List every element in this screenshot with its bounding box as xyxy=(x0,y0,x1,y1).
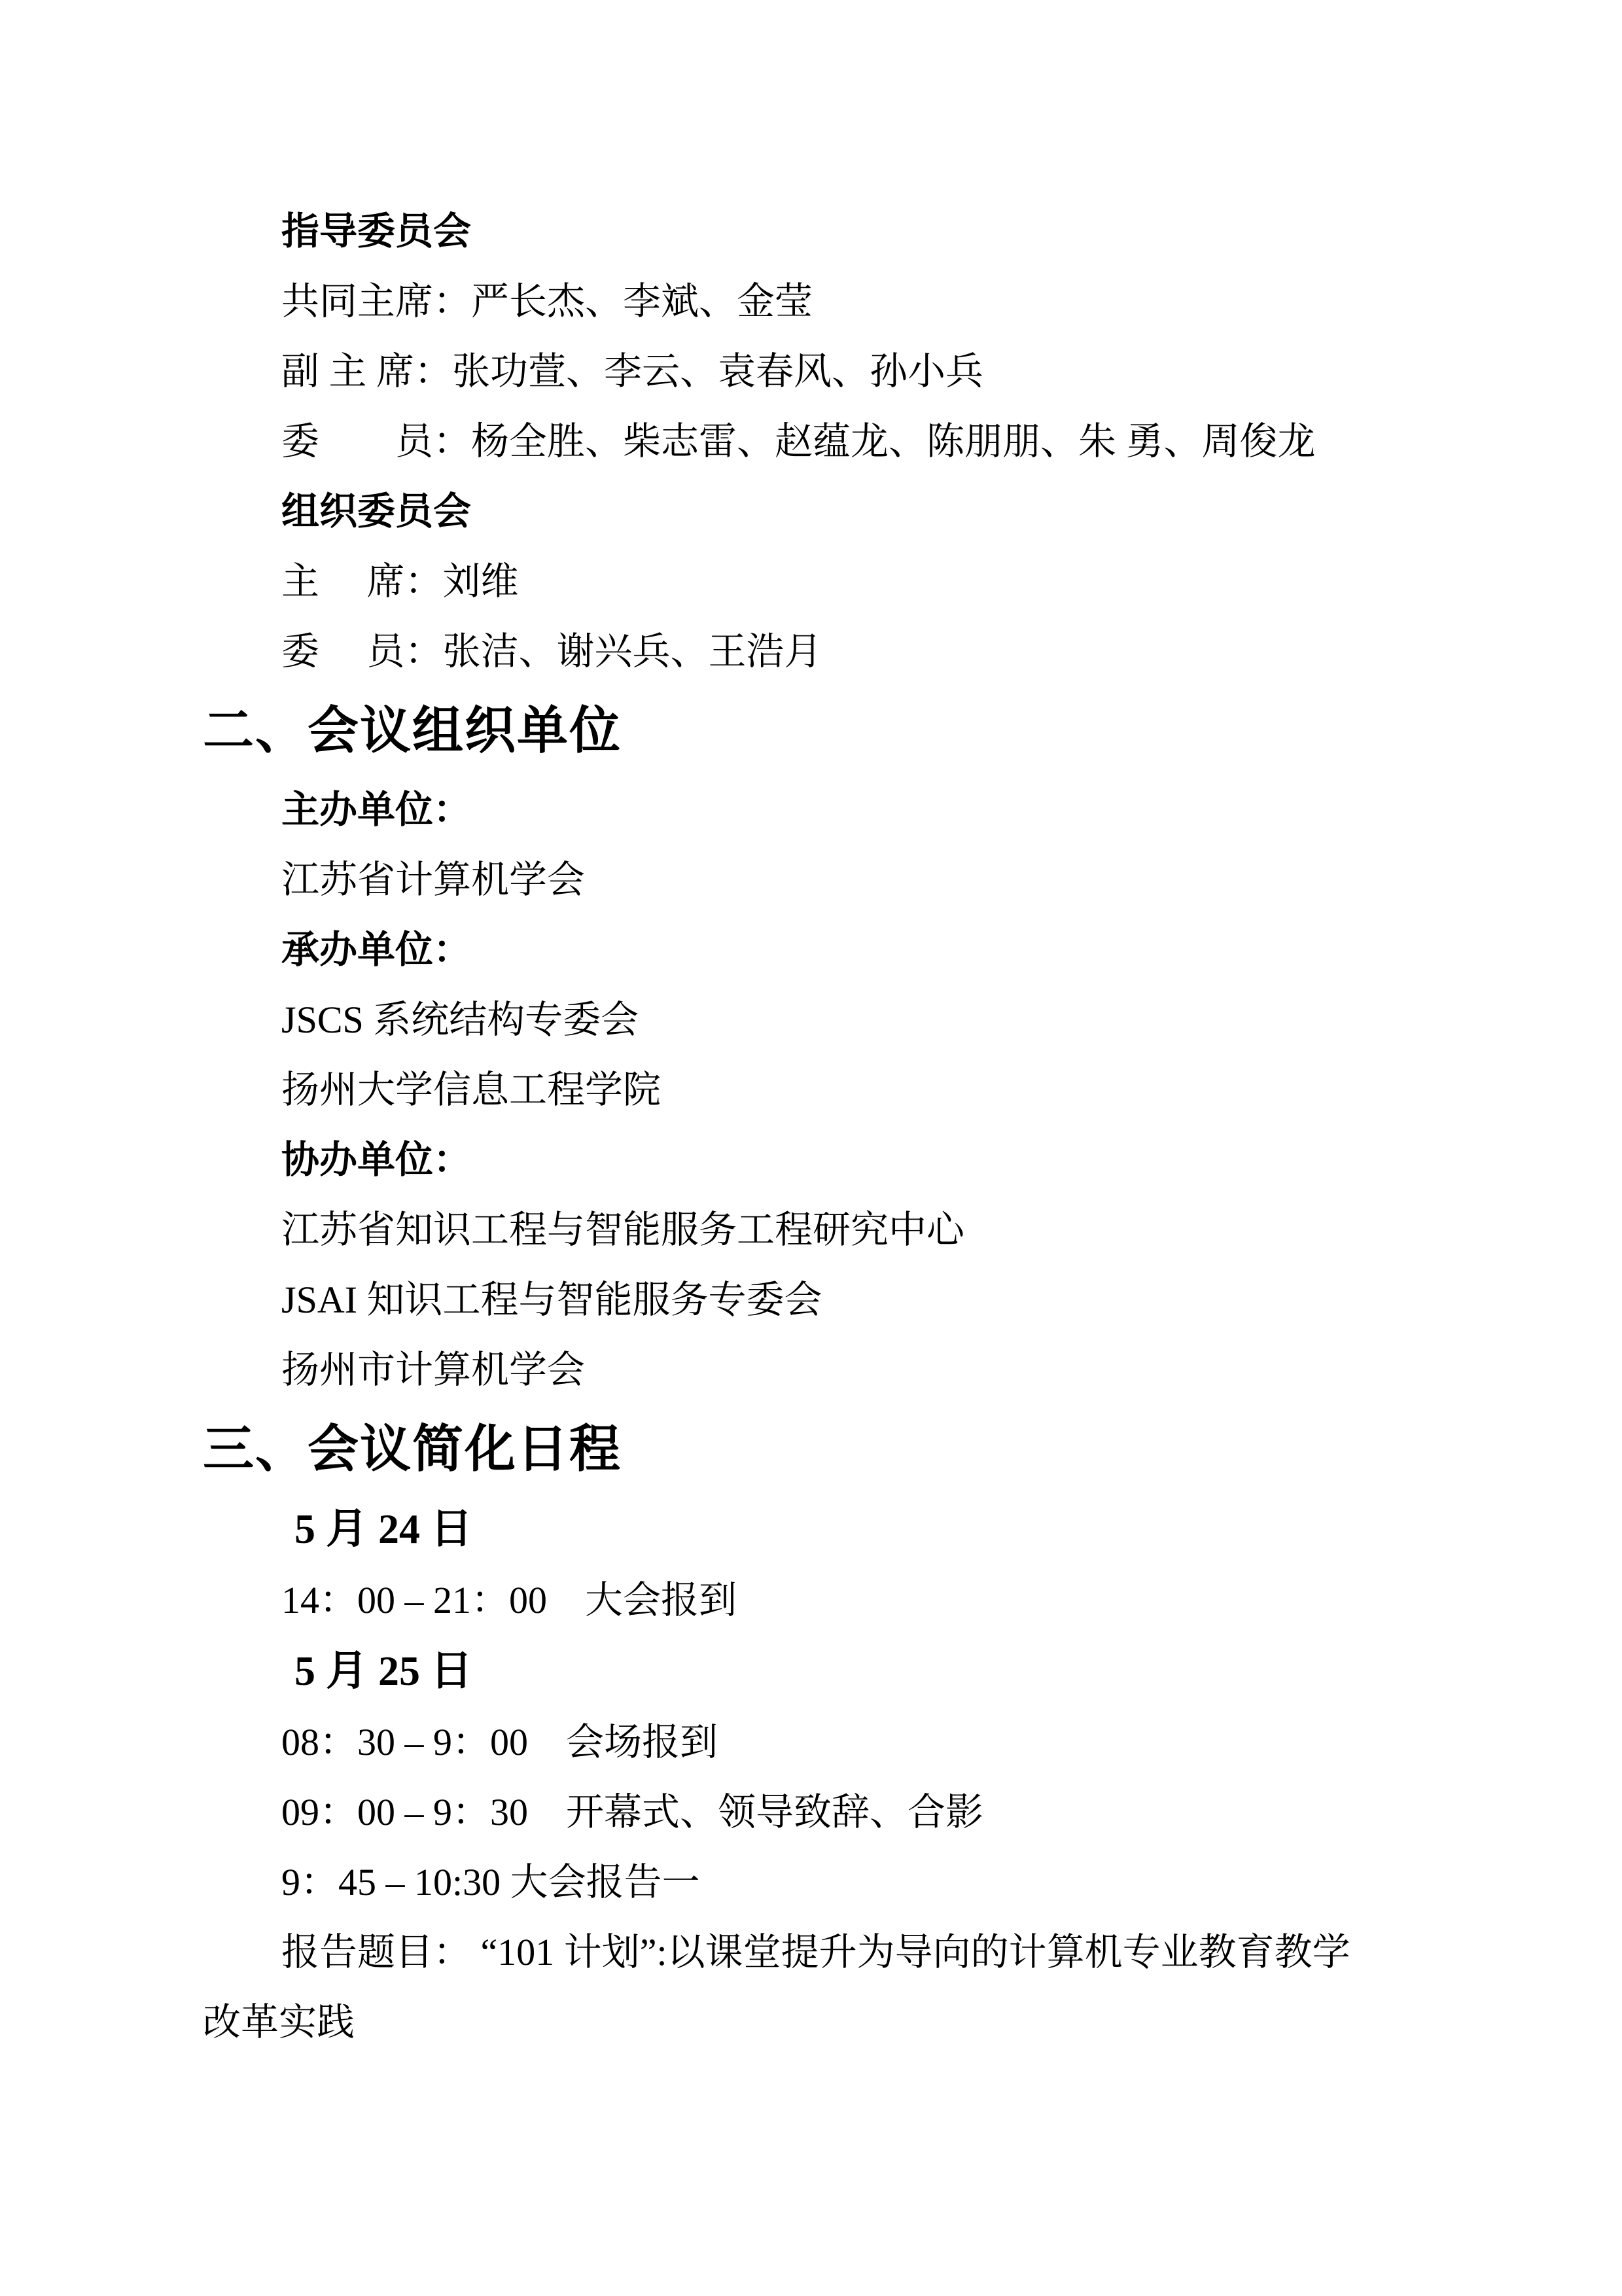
section-heading-org-units: 二、会议组织单位 xyxy=(203,686,1458,775)
document-page: 指导委员会 共同主席：严长杰、李斌、金莹 副 主 席：张功萱、李云、袁春风、孙小… xyxy=(0,0,1622,2296)
coorganizer-unit-item: JSAI 知识工程与智能服务专委会 xyxy=(203,1265,1458,1335)
organizing-members-line: 委 员：张洁、谢兴兵、王浩月 xyxy=(203,616,1458,686)
schedule-event: 09：00 – 9：30 开幕式、领导致辞、合影 xyxy=(203,1777,1458,1847)
organizing-committee-heading: 组织委员会 xyxy=(203,476,1458,546)
section-heading-schedule: 三、会议简化日程 xyxy=(203,1405,1458,1493)
report-title-line: 报告题目： “101 计划”:以课堂提升为导向的计算机专业教育教学 xyxy=(203,1917,1458,1987)
host-unit-item: 江苏省计算机学会 xyxy=(203,845,1458,915)
coorganizer-unit-item: 江苏省知识工程与智能服务工程研究中心 xyxy=(203,1195,1458,1265)
report-title-continuation: 改革实践 xyxy=(203,1987,1458,2057)
schedule-date-may25: 5 月 25 日 xyxy=(203,1635,1458,1707)
steering-cochairs-line: 共同主席：严长杰、李斌、金莹 xyxy=(203,266,1458,336)
steering-members-line: 委 员：杨全胜、柴志雷、赵蕴龙、陈朋朋、朱 勇、周俊龙 xyxy=(203,406,1458,476)
organizing-chair-line: 主 席：刘维 xyxy=(203,546,1458,616)
host-unit-label: 主办单位： xyxy=(203,775,1458,845)
steering-vicechairs-line: 副 主 席：张功萱、李云、袁春风、孙小兵 xyxy=(203,336,1458,406)
schedule-date-may24: 5 月 24 日 xyxy=(203,1493,1458,1565)
coorganizer-unit-label: 协办单位： xyxy=(203,1125,1458,1195)
steering-committee-heading: 指导委员会 xyxy=(203,196,1458,266)
undertaker-unit-item: JSCS 系统结构专委会 xyxy=(203,985,1458,1055)
schedule-event: 08：30 – 9：00 会场报到 xyxy=(203,1707,1458,1777)
schedule-event: 14：00 – 21：00 大会报到 xyxy=(203,1565,1458,1635)
undertaker-unit-label: 承办单位： xyxy=(203,915,1458,985)
coorganizer-unit-item: 扬州市计算机学会 xyxy=(203,1335,1458,1405)
undertaker-unit-item: 扬州大学信息工程学院 xyxy=(203,1055,1458,1125)
schedule-event: 9：45 – 10:30 大会报告一 xyxy=(203,1847,1458,1917)
